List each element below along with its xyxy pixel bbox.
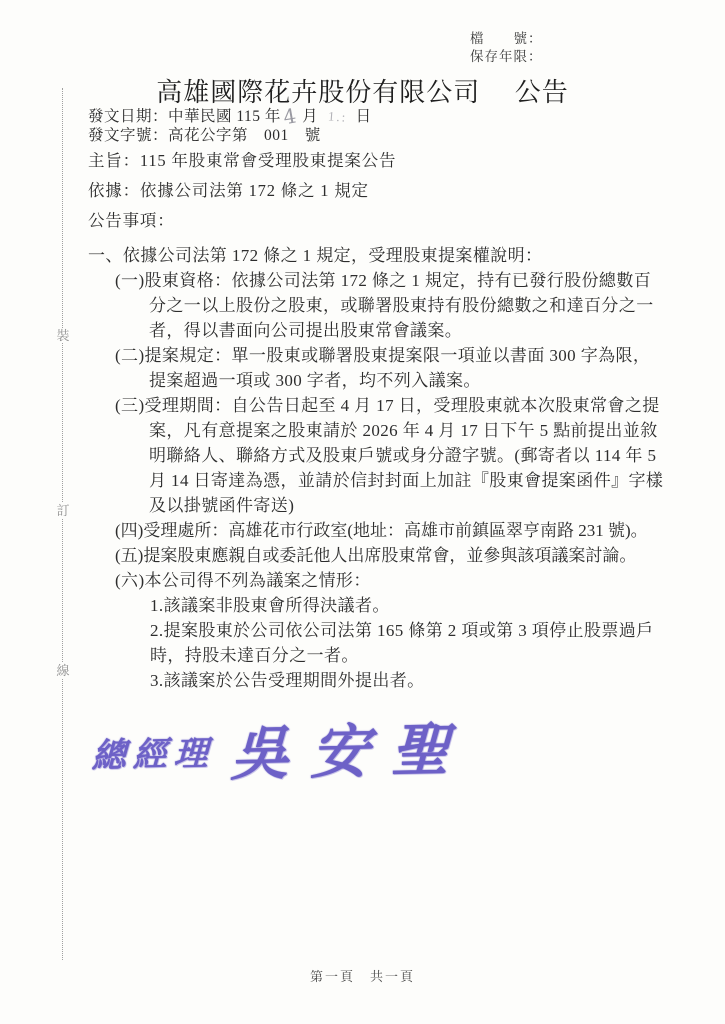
subitem-3-text: 受理期間：自公告日起至 4 月 17 日，受理股東就本次股東常會之提案，凡有意提… [145,396,664,515]
subitem-2-label: (二) [115,346,145,365]
subitem-2: (二)提案規定：單一股東或聯署股東提案限一項並以書面 300 字為限，提案超過一… [88,343,666,393]
month-unit: 月 [302,108,318,125]
subitem-4: (四)受理處所：高雄花市行政室(地址：高雄市前鎮區翠亨南路 231 號)。 [88,518,666,543]
page-number-footer: 第一頁 共一頁 [0,966,725,985]
subitem-6-label: (六) [115,571,145,590]
subitem-4-text: 受理處所：高雄花市行政室(地址：高雄市前鎮區翠亨南路 231 號)。 [143,521,647,540]
stamp-name-text: 吳安聖 [230,702,473,791]
numbered-item-2-text: 提案股東於公司依公司法第 165 條第 2 項或第 3 項停止股票過戶時，持股未… [150,621,654,665]
item-1: 一、依據公司法第 172 條之 1 規定，受理股東提案權說明： [88,243,666,268]
document-content: 發文日期：中華民國 115 年4月1.:日 發文字號：高花公字第 001 號 主… [88,105,666,693]
item-1-label: 一、 [88,246,123,265]
subitem-3-label: (三) [115,396,145,415]
numbered-item-1-text: 該議案非股東會所得決議者。 [164,596,390,615]
announcement-body: 一、依據公司法第 172 條之 1 規定，受理股東提案權說明： (一)股東資格：… [88,243,666,693]
doc-number-line: 發文字號：高花公字第 001 號 [88,126,666,145]
issue-date-label: 發文日期：中華民國 115 年 [88,108,281,125]
subitem-5: (五)提案股東應親自或委託他人出席股東常會，並參與該項議案討論。 [88,543,666,568]
numbered-item-2-label: 2. [150,621,164,640]
numbered-item-3-label: 3. [150,671,164,690]
subitem-3: (三)受理期間：自公告日起至 4 月 17 日，受理股東就本次股東常會之提案，凡… [88,393,666,518]
archive-labels: 檔 號： 保存年限： [470,30,543,66]
binding-mark-xian: 線 [55,663,71,678]
day-unit: 日 [356,108,372,125]
subitem-4-label: (四) [115,521,143,540]
issue-date-line: 發文日期：中華民國 115 年4月1.:日 [88,105,666,126]
subitem-5-label: (五) [115,546,143,565]
subitem-1-text: 股東資格：依據公司法第 172 條之 1 規定，持有已發行股份總數百分之一以上股… [145,271,654,340]
subitem-1: (一)股東資格：依據公司法第 172 條之 1 規定，持有已發行股份總數百分之一… [88,268,666,343]
numbered-item-1-label: 1. [150,596,164,615]
binding-mark-ding: 訂 [55,503,71,518]
subitem-6: (六)本公司得不列為議案之情形： [88,568,666,593]
subitem-1-label: (一) [115,271,145,290]
general-manager-ink-stamp: 總經理 吳安聖 [90,694,493,802]
retention-period-label: 保存年限： [470,48,543,66]
announcement-section-heading: 公告事項： [88,211,666,231]
subitem-5-text: 提案股東應親自或委託他人出席股東常會，並參與該項議案討論。 [143,546,636,565]
numbered-item-3: 3.該議案於公告受理期間外提出者。 [88,668,666,693]
document-title: 高雄國際花卉股份有限公司 公告 [0,72,725,109]
numbered-item-3-text: 該議案於公告受理期間外提出者。 [164,671,425,690]
handwritten-day: 1.: [318,106,357,128]
item-1-text: 依據公司法第 172 條之 1 規定，受理股東提案權說明： [123,246,543,265]
file-number-label: 檔 號： [470,30,543,48]
subitem-6-text: 本公司得不列為議案之情形： [145,571,371,590]
numbered-item-1: 1.該議案非股東會所得決議者。 [88,593,666,618]
stamp-title-text: 總經理 [91,725,216,777]
subitem-2-text: 提案規定：單一股東或聯署股東提案限一項並以書面 300 字為限，提案超過一項或 … [145,346,651,390]
binding-dotted-line: 裝 訂 線 [62,88,63,960]
numbered-item-2: 2.提案股東於公司依公司法第 165 條第 2 項或第 3 項停止股票過戶時，持… [88,618,666,668]
handwritten-month: 4 [280,105,304,127]
subject-line: 主旨：115 年股東常會受理股東提案公告 [88,151,666,171]
scanned-announcement-page: 檔 號： 保存年限： 裝 訂 線 高雄國際花卉股份有限公司 公告 發文日期：中華… [0,0,725,1024]
legal-basis-line: 依據：依據公司法第 172 條之 1 規定 [88,181,666,201]
binding-mark-zhuang: 裝 [55,328,71,343]
